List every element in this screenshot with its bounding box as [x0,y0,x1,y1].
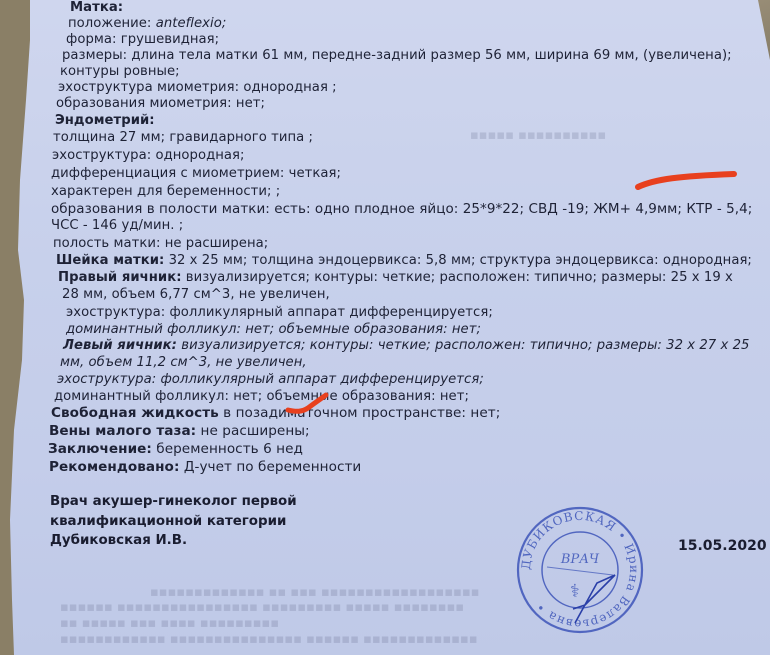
left-ovary-follicle: доминантный фолликул: нет; объемные обра… [54,389,469,405]
uterine-cavity: полость матки: не расширена; [53,236,268,252]
doctor-signature-block: Врач акушер-гинеколог первой квалификаци… [50,492,297,551]
section-heading-left-ovary: Левый яичник: [63,338,177,353]
conclusion-row: Заключение: беременность 6 нед [48,441,303,457]
endometrium-differentiation: дифференциация с миометрием: четкая; [51,166,341,182]
conclusion-text: беременность 6 нед [156,441,303,457]
doctor-title-line2: квалификационной категории [50,512,297,532]
endometrium-thickness: толщина 27 мм; гравидарного типа ; [53,130,313,146]
bleed-through-text: ▪▪▪▪▪▪▪▪▪▪▪▪ ▪▪▪▪▪▪▪▪▪▪▪▪▪▪▪ ▪▪▪▪▪▪ ▪▪▪▪… [60,632,478,647]
uterine-cavity-formations: образования в полости матки: есть: одно … [51,201,752,217]
bleed-through-text: ▪▪▪▪▪ ▪▪▪▪▪▪▪▪▪▪ [470,128,606,143]
free-fluid-text: в позадиматочном пространстве: нет; [223,405,500,421]
uterus-position: положение: anteflexio; [68,16,226,32]
doctor-name: Дубиковская И.В. [50,531,297,551]
bleed-through-text: ▪▪▪▪▪▪▪▪▪▪▪▪▪ ▪▪ ▪▪▪ ▪▪▪▪▪▪▪▪▪▪▪▪▪▪▪▪▪▪ [150,585,480,600]
uterus-position-value: anteflexio; [156,16,227,31]
section-heading-conclusion: Заключение: [48,441,152,457]
section-heading-cervix: Шейка матки: [56,253,164,268]
bleed-through-text: ▪▪▪▪▪▪ ▪▪▪▪▪▪▪▪▪▪▪▪▪▪▪▪ ▪▪▪▪▪▪▪▪▪ ▪▪▪▪▪ … [60,600,464,615]
pelvic-veins-row: Вены малого таза: не расширены; [49,423,310,439]
section-heading-right-ovary: Правый яичник: [58,270,182,285]
section-heading-pelvic-veins: Вены малого таза: [49,423,196,439]
section-heading-free-fluid: Свободная жидкость [51,405,219,421]
myometrium-formations: образования миометрия: нет; [56,96,265,112]
myometrium-echo: эхоструктура миометрия: однородная ; [58,80,337,96]
right-ovary-line2: 28 мм, объем 6,77 см^3, не увеличен, [62,287,330,303]
section-heading-uterus: Матка: [70,0,123,16]
red-underline-annotation [630,165,740,195]
endometrium-character: характерен для беременности; ; [51,184,280,200]
right-ovary-echo: эхоструктура: фолликулярный аппарат дифф… [66,305,493,321]
endometrium-echo: эхоструктура: однородная; [52,148,245,164]
report-date: 15.05.2020 [678,538,767,554]
uterus-contours: контуры ровные; [60,64,180,80]
recommended-text: Д-учет по беременности [184,459,362,475]
uterus-position-label: положение: [68,16,151,31]
recommendation-row: Рекомендовано: Д-учет по беременности [49,459,361,475]
caduceus-icon: ⚕ [570,581,580,602]
left-ovary-echo: эхоструктура: фолликулярный аппарат дифф… [57,372,484,388]
ultrasound-report-page: ▪▪▪▪▪ ▪▪▪▪▪▪▪▪▪▪ ▪▪▪▪▪▪▪▪▪▪▪▪▪ ▪▪ ▪▪▪ ▪▪… [0,0,770,655]
left-ovary-line2: мм, объем 11,2 см^3, не увеличен, [60,355,307,371]
doctor-title-line1: Врач акушер-гинеколог первой [50,492,297,512]
bleed-through-text: ▪▪ ▪▪▪▪▪ ▪▪▪ ▪▪▪▪ ▪▪▪▪▪▪▪▪▪ [60,616,279,631]
cervix-text: 32 x 25 мм; толщина эндоцервикса: 5,8 мм… [169,253,752,268]
left-ovary-line1: визуализируется; контуры: четкие; распол… [181,338,749,353]
uterus-shape: форма: грушевидная; [66,32,219,48]
section-heading-endometrium: Эндометрий: [55,113,155,129]
free-fluid-row: Свободная жидкость в позадиматочном прос… [51,405,500,421]
right-ovary-row: Правый яичник: визуализируется; контуры:… [58,270,733,286]
fetal-heart-rate: ЧСС - 146 уд/мин. ; [51,218,183,234]
right-ovary-line1: визуализируется; контуры: четкие; распол… [186,270,733,285]
stamp-center-text: ВРАЧ [560,552,600,567]
pelvic-veins-text: не расширены; [201,423,310,439]
section-heading-recommended: Рекомендовано: [49,459,179,475]
right-ovary-follicle: доминантный фолликул: нет; объемные обра… [66,322,481,338]
doctor-stamp-icon: ДУБИКОВСКАЯ • Ирина Валерьевна • ВРАЧ ⚕ [515,505,645,635]
cervix-row: Шейка матки: 32 x 25 мм; толщина эндоцер… [56,253,752,269]
uterus-size: размеры: длина тела матки 61 мм, передне… [62,48,732,64]
left-ovary-row: Левый яичник: визуализируется; контуры: … [63,338,749,354]
